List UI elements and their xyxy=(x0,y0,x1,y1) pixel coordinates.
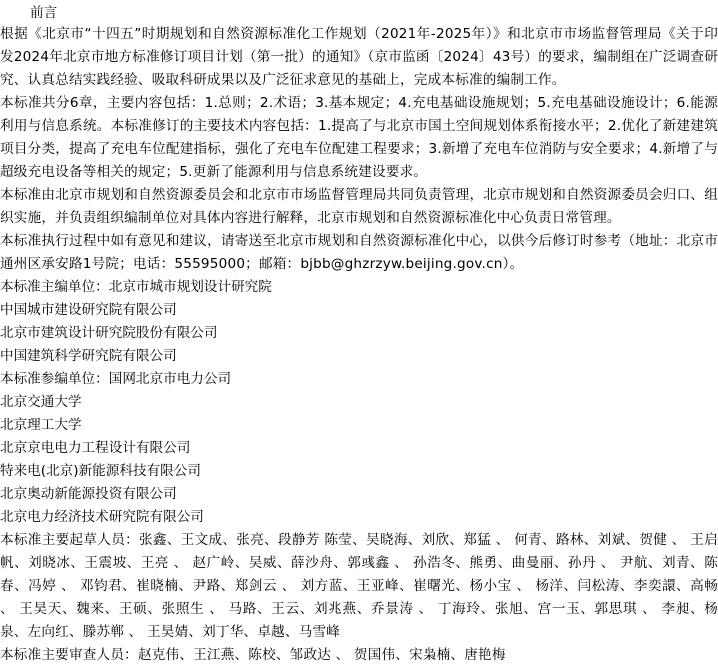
drafters-paragraph: 本标准主要起草人员：张鑫、王文成、张亮、段静芳 陈莹、吴晓海、刘欣、郑猛 、 何… xyxy=(0,529,718,644)
document-page: 前言 根据《北京市“十四五”时期规划和自然资源标准化工作规划（2021年-202… xyxy=(0,0,718,665)
participating-unit-item: 北京京电电力工程设计有限公司 xyxy=(0,437,718,460)
participating-line: 本标准参编单位：国网北京市电力公司 xyxy=(0,368,718,391)
drafters-names: 张鑫、王文成、张亮、段静芳 陈莹、吴晓海、刘欣、郑猛 、 何青、路林、刘斌、贺健… xyxy=(0,532,718,640)
chief-editor-label: 本标准主编单位： xyxy=(0,279,109,295)
participating-unit-item: 北京奥动新能源投资有限公司 xyxy=(0,483,718,506)
participating-unit-item: 北京交通大学 xyxy=(0,391,718,414)
chief-editor-unit: 北京市城市规划设计研究院 xyxy=(109,279,272,295)
reviewers-label: 本标准主要审查人员： xyxy=(0,647,138,663)
reviewers-paragraph: 本标准主要审查人员：赵克伟、王江燕、陈校、邹政达 、 贺国伟、宋枭楠、唐艳梅 xyxy=(0,644,718,665)
chief-editor-unit-item: 中国建筑科学研究院有限公司 xyxy=(0,345,718,368)
feedback-paragraph: 本标准执行过程中如有意见和建议，请寄送至北京市规划和自然资源标准化中心，以供今后… xyxy=(0,230,718,276)
reviewers-names: 赵克伟、王江燕、陈校、邹政达 、 贺国伟、宋枭楠、唐艳梅 xyxy=(138,647,506,663)
drafters-label: 本标准主要起草人员： xyxy=(0,532,139,548)
chief-editor-unit-item: 北京市建筑设计研究院股份有限公司 xyxy=(0,322,718,345)
contents-paragraph: 本标准共分6章，主要内容包括：1.总则；2.术语；3.基本规定；4.充电基础设施… xyxy=(0,92,718,184)
participating-unit: 国网北京市电力公司 xyxy=(109,371,231,387)
participating-unit-item: 特来电(北京)新能源科技有限公司 xyxy=(0,460,718,483)
foreword-heading: 前言 xyxy=(0,0,718,23)
chief-editor-unit-item: 中国城市建设研究院有限公司 xyxy=(0,299,718,322)
participating-label: 本标准参编单位： xyxy=(0,371,109,387)
participating-unit-item: 北京理工大学 xyxy=(0,414,718,437)
participating-unit-item: 北京电力经济技术研究院有限公司 xyxy=(0,506,718,529)
management-paragraph: 本标准由北京市规划和自然资源委员会和北京市市场监督管理局共同负责管理，北京市规划… xyxy=(0,184,718,230)
chief-editor-line: 本标准主编单位：北京市城市规划设计研究院 xyxy=(0,276,718,299)
basis-paragraph: 根据《北京市“十四五”时期规划和自然资源标准化工作规划（2021年-2025年）… xyxy=(0,23,718,92)
